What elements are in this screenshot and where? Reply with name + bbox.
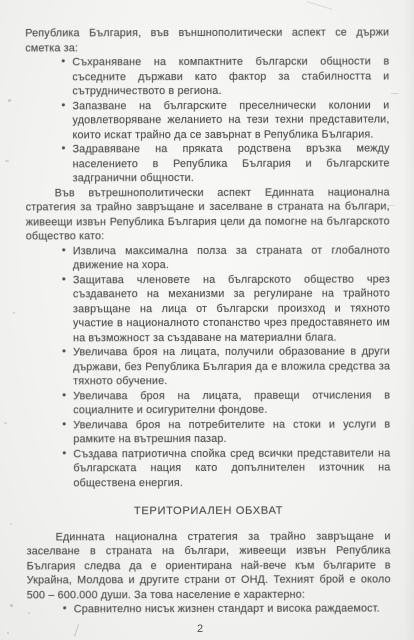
list-item-text: Увеличава броя на потребителите на стоки… bbox=[73, 418, 390, 445]
scan-artifact bbox=[391, 93, 399, 94]
bullet-marker: • bbox=[61, 98, 65, 113]
scan-artifact bbox=[4, 422, 7, 424]
domestic-policy-paragraph: Във вътрешнополитически аспект Единната … bbox=[26, 185, 390, 244]
list-item: • Създава патриотична спойка сред всички… bbox=[26, 446, 390, 490]
list-item-text: Съхраняване на компактните български общ… bbox=[72, 56, 389, 98]
list-item: • Сравнително нисък жизнен стандарт и ви… bbox=[27, 602, 391, 617]
list-item: • Увеличава броя на потребителите на сто… bbox=[26, 417, 390, 447]
list-item-text: Сравнително нисък жизнен стандарт и висо… bbox=[74, 603, 380, 616]
page-number: 2 bbox=[0, 623, 400, 635]
scan-artifact bbox=[28, 612, 30, 614]
list-item-text: Извлича максимална полза за страната от … bbox=[73, 244, 390, 271]
foreign-policy-bullet-list: • Съхраняване на компактните български о… bbox=[25, 55, 389, 186]
bullet-marker: • bbox=[62, 243, 66, 258]
scanned-document-page: { "meta": { "page_number": "2", "ink_col… bbox=[0, 0, 414, 640]
territorial-bullet-list: • Сравнително нисък жизнен стандарт и ви… bbox=[27, 602, 391, 617]
list-item-text: Създава патриотична спойка сред всички п… bbox=[73, 447, 390, 489]
scan-artifact bbox=[5, 160, 9, 162]
scan-artifact bbox=[168, 608, 170, 610]
territorial-scope-paragraph: Единната национална стратегия за трайно … bbox=[27, 529, 391, 602]
list-item-text: Защитава членовете на българското общест… bbox=[73, 273, 390, 344]
bullet-marker: • bbox=[62, 446, 66, 461]
scan-artifact bbox=[385, 205, 395, 206]
bullet-marker: • bbox=[61, 54, 65, 69]
list-item-text: Увеличава броя на лицата, правещи отчисл… bbox=[73, 389, 390, 416]
list-item: • Съхраняване на компактните български о… bbox=[25, 55, 389, 99]
scan-artifact bbox=[13, 312, 15, 314]
scan-artifact bbox=[7, 632, 9, 634]
list-item: • Увеличава броя на лицата, получили обр… bbox=[26, 345, 390, 389]
list-item: • Защитава членовете на българското обще… bbox=[26, 272, 390, 345]
list-item-text: Запазване на българските преселнически к… bbox=[72, 99, 389, 141]
bullet-marker: • bbox=[62, 272, 66, 287]
bullet-marker: • bbox=[62, 141, 66, 156]
domestic-policy-bullet-list: • Извлича максимална полза за страната о… bbox=[26, 243, 391, 490]
scan-artifact bbox=[10, 604, 13, 607]
bullet-marker: • bbox=[62, 388, 66, 403]
list-item: • Увеличава броя на лицата, правещи отчи… bbox=[26, 388, 390, 418]
section-heading: ТЕРИТОРИАЛЕН ОБХВАТ bbox=[26, 504, 390, 519]
scan-artifact bbox=[8, 99, 11, 102]
list-item: • Задравяване на пряката родствена връзк… bbox=[26, 142, 390, 186]
intro-paragraph: Република България, във външнополитическ… bbox=[25, 26, 389, 56]
document-body: Република България, във външнополитическ… bbox=[0, 0, 414, 640]
list-item: • Извлича максимална полза за страната о… bbox=[26, 243, 390, 273]
scan-artifact bbox=[216, 591, 218, 593]
bullet-marker: • bbox=[62, 417, 66, 432]
bullet-marker: • bbox=[63, 601, 67, 616]
bullet-marker: • bbox=[62, 344, 66, 359]
scan-artifact bbox=[10, 523, 12, 525]
list-item-text: Увеличава броя на лицата, получили образ… bbox=[73, 346, 390, 388]
list-item-text: Задравяване на пряката родствена връзка … bbox=[73, 143, 390, 185]
list-item: • Запазване на българските преселнически… bbox=[25, 98, 389, 142]
